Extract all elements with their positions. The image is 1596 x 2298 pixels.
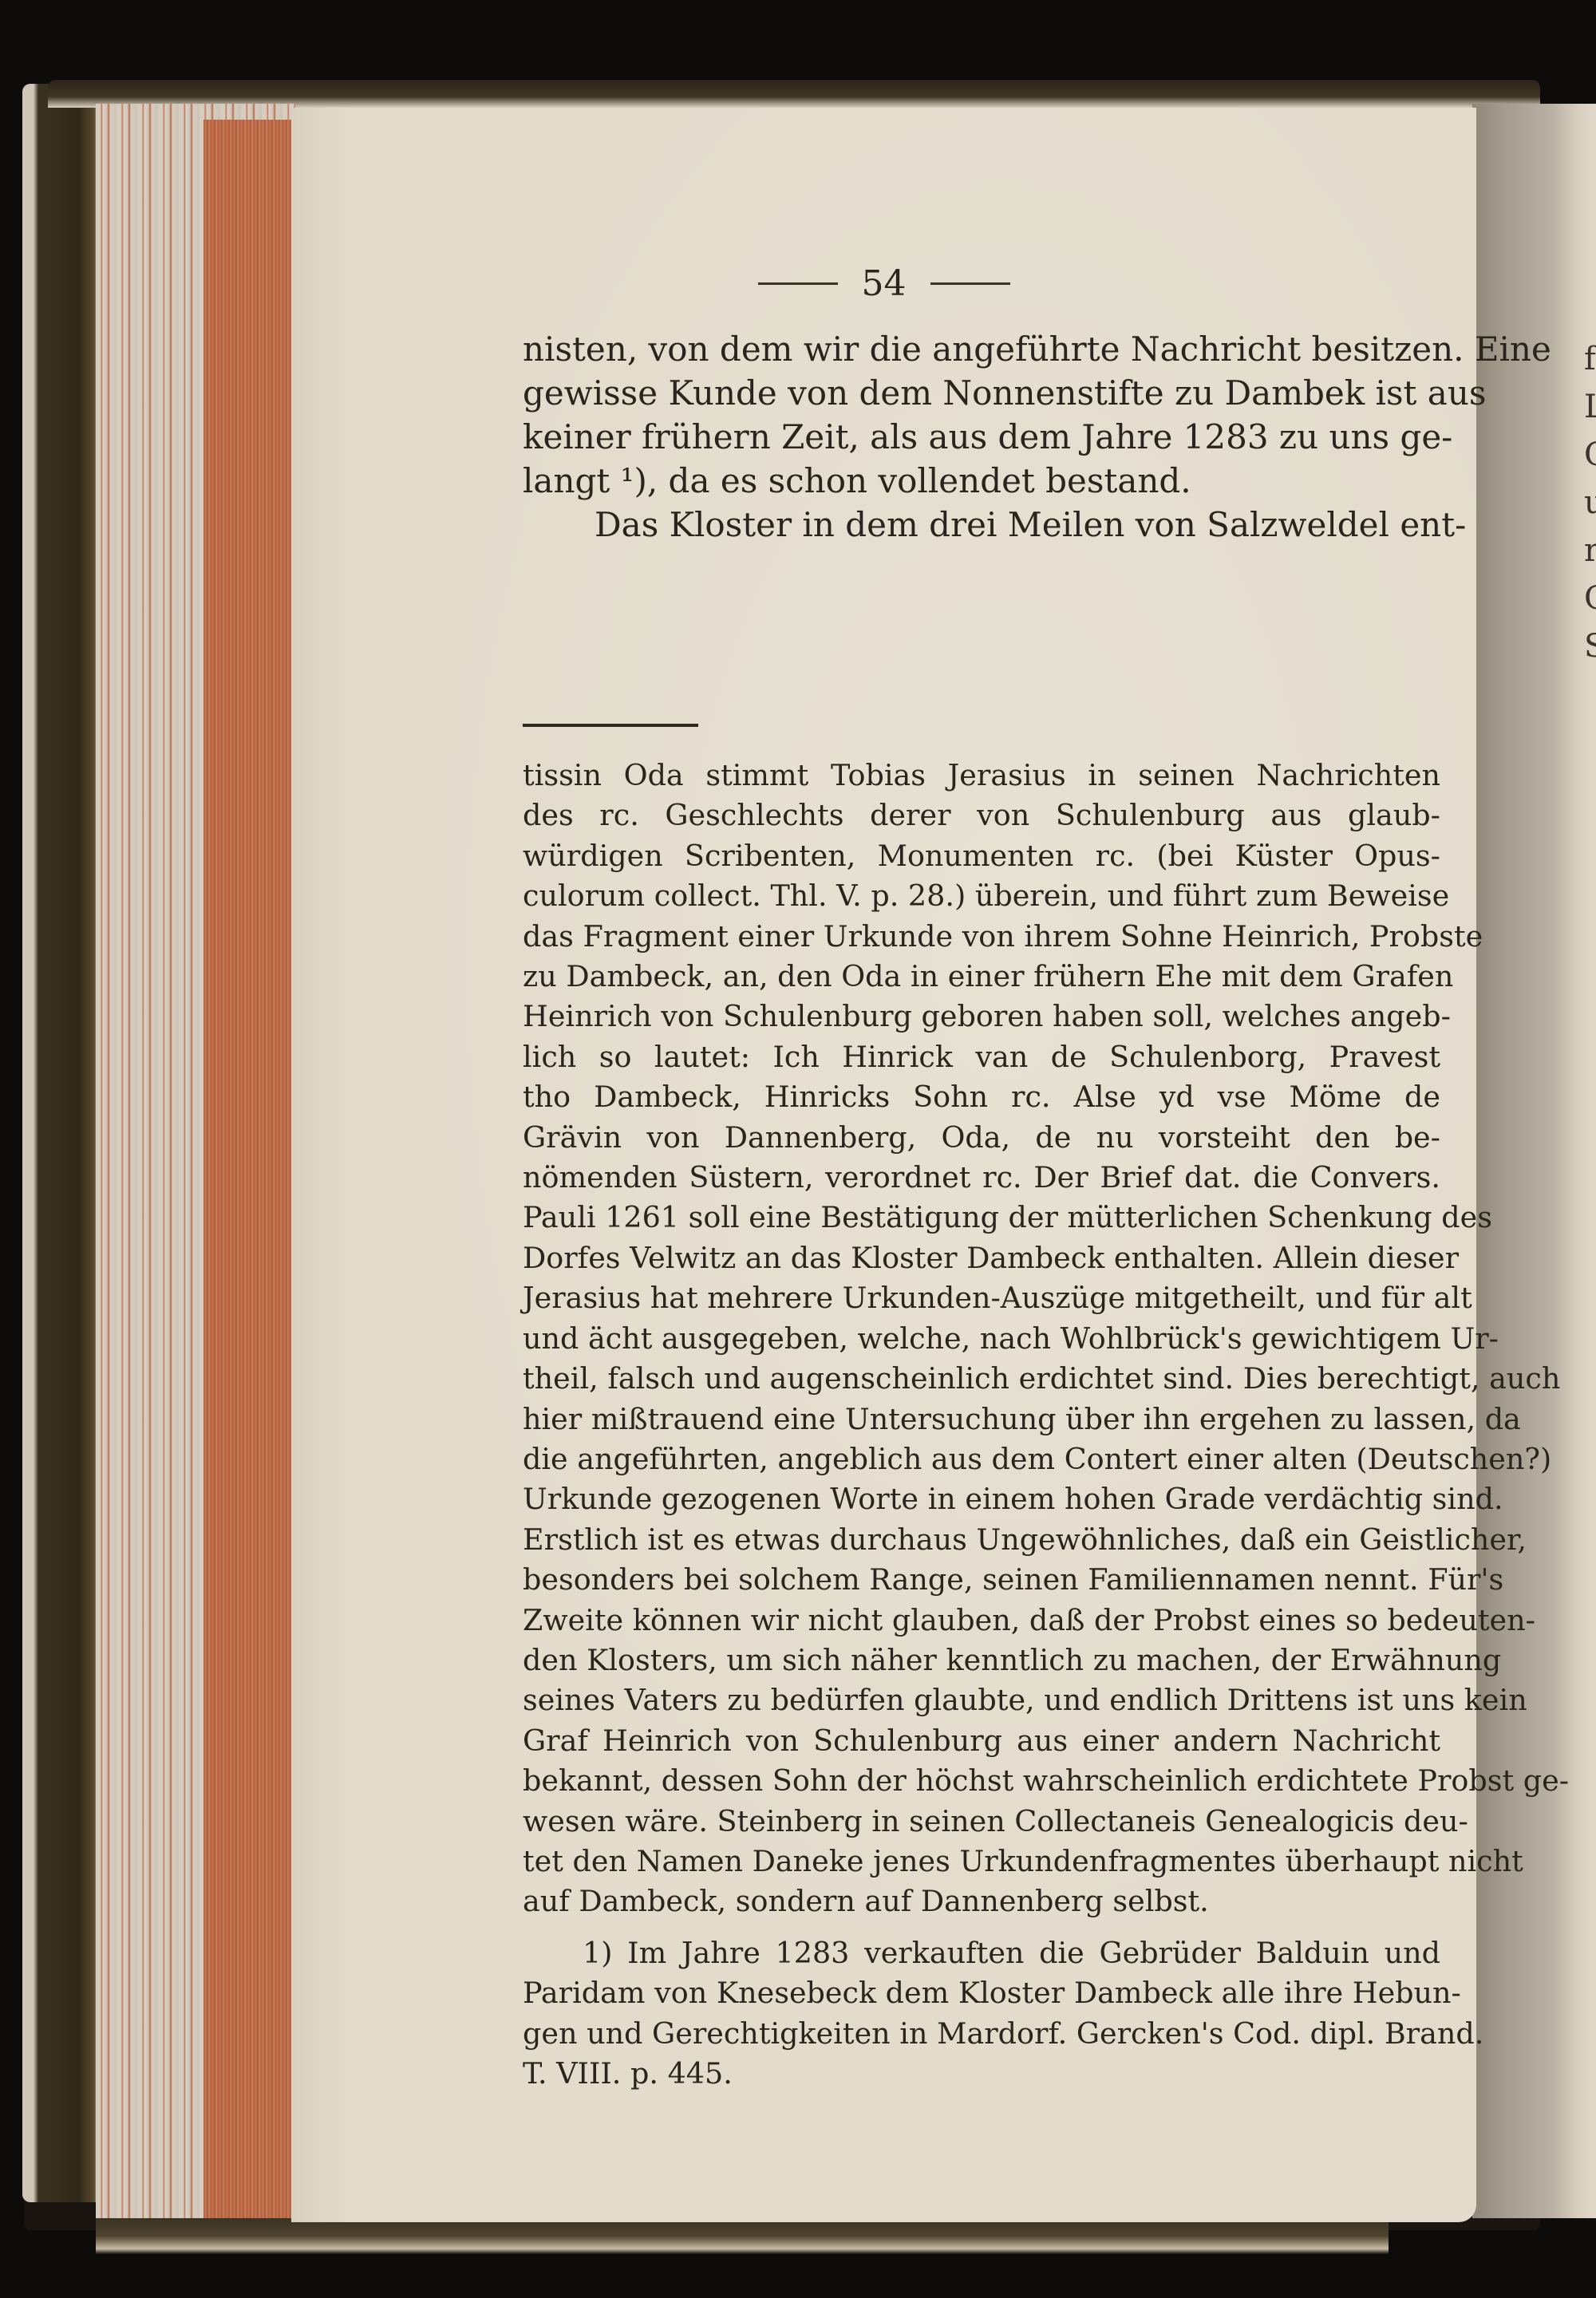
footnote-line: des rc. Geschlechts derer von Schulenbur… (523, 796, 1440, 835)
footnote-line: Erstlich ist es etwas durchaus Ungewöhnl… (523, 1520, 1440, 1560)
text-line: keiner frühern Zeit, als aus dem Jahre 1… (523, 415, 1440, 459)
footnote-continued: tissin Oda stimmt Tobias Jerasius in sei… (523, 756, 1440, 1922)
book-board-left (22, 84, 98, 2202)
footnote-line: nömenden Süstern, verordnet rc. Der Brie… (523, 1158, 1440, 1198)
page-red-edge (203, 120, 291, 2218)
footnote-line: bekannt, dessen Sohn der höchst wahrsche… (523, 1761, 1440, 1801)
text-line: langt ¹), da es schon vollendet bestand. (523, 459, 1440, 503)
footnote-line: auf Dambeck, sondern auf Dannenberg selb… (523, 1881, 1440, 1921)
footnote-line: wesen wäre. Steinberg in seinen Collecta… (523, 1802, 1440, 1842)
facing-page (1472, 104, 1596, 2218)
footnote-line: 1) Im Jahre 1283 verkauften die Gebrüder… (523, 1933, 1440, 1973)
facing-page-text-fragment: f L G u r G S (1584, 335, 1596, 670)
footnotes: tissin Oda stimmt Tobias Jerasius in sei… (523, 756, 1440, 2094)
footnote-line: Grävin von Dannenberg, Oda, de nu vorste… (523, 1118, 1440, 1158)
footnote-line: Jerasius hat mehrere Urkunden-Auszüge mi… (523, 1278, 1440, 1318)
footnote-separator (523, 724, 698, 727)
footnote-line: tho Dambeck, Hinricks Sohn rc. Alse yd v… (523, 1077, 1440, 1117)
book-bottom-edge (96, 2218, 1389, 2254)
main-text: nisten, von dem wir die angeführte Nachr… (523, 327, 1440, 547)
footnote-line: und ächt ausgegeben, welche, nach Wohlbr… (523, 1319, 1440, 1359)
page-header: 54 (291, 263, 1476, 304)
footnote-line: theil, falsch und augenscheinlich erdich… (523, 1359, 1440, 1399)
footnote-line: Graf Heinrich von Schulenburg aus einer … (523, 1721, 1440, 1761)
text-line: Das Kloster in dem drei Meilen von Salzw… (523, 503, 1440, 547)
footnote-1: 1) Im Jahre 1283 verkauften die Gebrüder… (523, 1933, 1440, 2095)
footnote-line: Heinrich von Schulenburg geboren haben s… (523, 997, 1440, 1036)
footnote-line: das Fragment einer Urkunde von ihrem Soh… (523, 917, 1440, 957)
footnote-line: Pauli 1261 soll eine Bestätigung der müt… (523, 1198, 1440, 1238)
footnote-line: tet den Namen Daneke jenes Urkundenfragm… (523, 1842, 1440, 1881)
footnote-line: hier mißtrauend eine Untersuchung über i… (523, 1400, 1440, 1439)
footnote-line: die angeführten, angeblich aus dem Conte… (523, 1439, 1440, 1479)
footnote-line: Dorfes Velwitz an das Kloster Dambeck en… (523, 1238, 1440, 1278)
footnote-line: gen und Gerechtigkeiten in Mardorf. Gerc… (523, 2014, 1440, 2054)
footnote-line: tissin Oda stimmt Tobias Jerasius in sei… (523, 756, 1440, 796)
footnote-line: culorum collect. Thl. V. p. 28.) überein… (523, 876, 1440, 916)
book-page: 54 nisten, von dem wir die angeführte Na… (291, 108, 1476, 2222)
footnote-line: seines Vaters zu bedürfen glaubte, und e… (523, 1680, 1440, 1720)
footnote-line: Zweite können wir nicht glauben, daß der… (523, 1601, 1440, 1641)
footnote-line: den Klosters, um sich näher kenntlich zu… (523, 1641, 1440, 1680)
footnote-line: Paridam von Knesebeck dem Kloster Dambec… (523, 1973, 1440, 2013)
footnote-line: T. VIII. p. 445. (523, 2054, 1440, 2094)
header-rule-right (930, 282, 1010, 285)
footnote-line: würdigen Scribenten, Monumenten rc. (bei… (523, 836, 1440, 876)
footnote-line: Urkunde gezogenen Worte in einem hohen G… (523, 1479, 1440, 1519)
footnote-gap (523, 1922, 1440, 1933)
text-line: nisten, von dem wir die angeführte Nachr… (523, 327, 1440, 371)
footnote-line: zu Dambeck, an, den Oda in einer frühern… (523, 957, 1440, 997)
page-number: 54 (862, 263, 907, 304)
header-rule-left (758, 282, 838, 285)
text-line: gewisse Kunde von dem Nonnenstifte zu Da… (523, 371, 1440, 415)
footnote-line: lich so lautet: Ich Hinrick van de Schul… (523, 1037, 1440, 1077)
footnote-line: besonders bei solchem Range, seinen Fami… (523, 1560, 1440, 1600)
